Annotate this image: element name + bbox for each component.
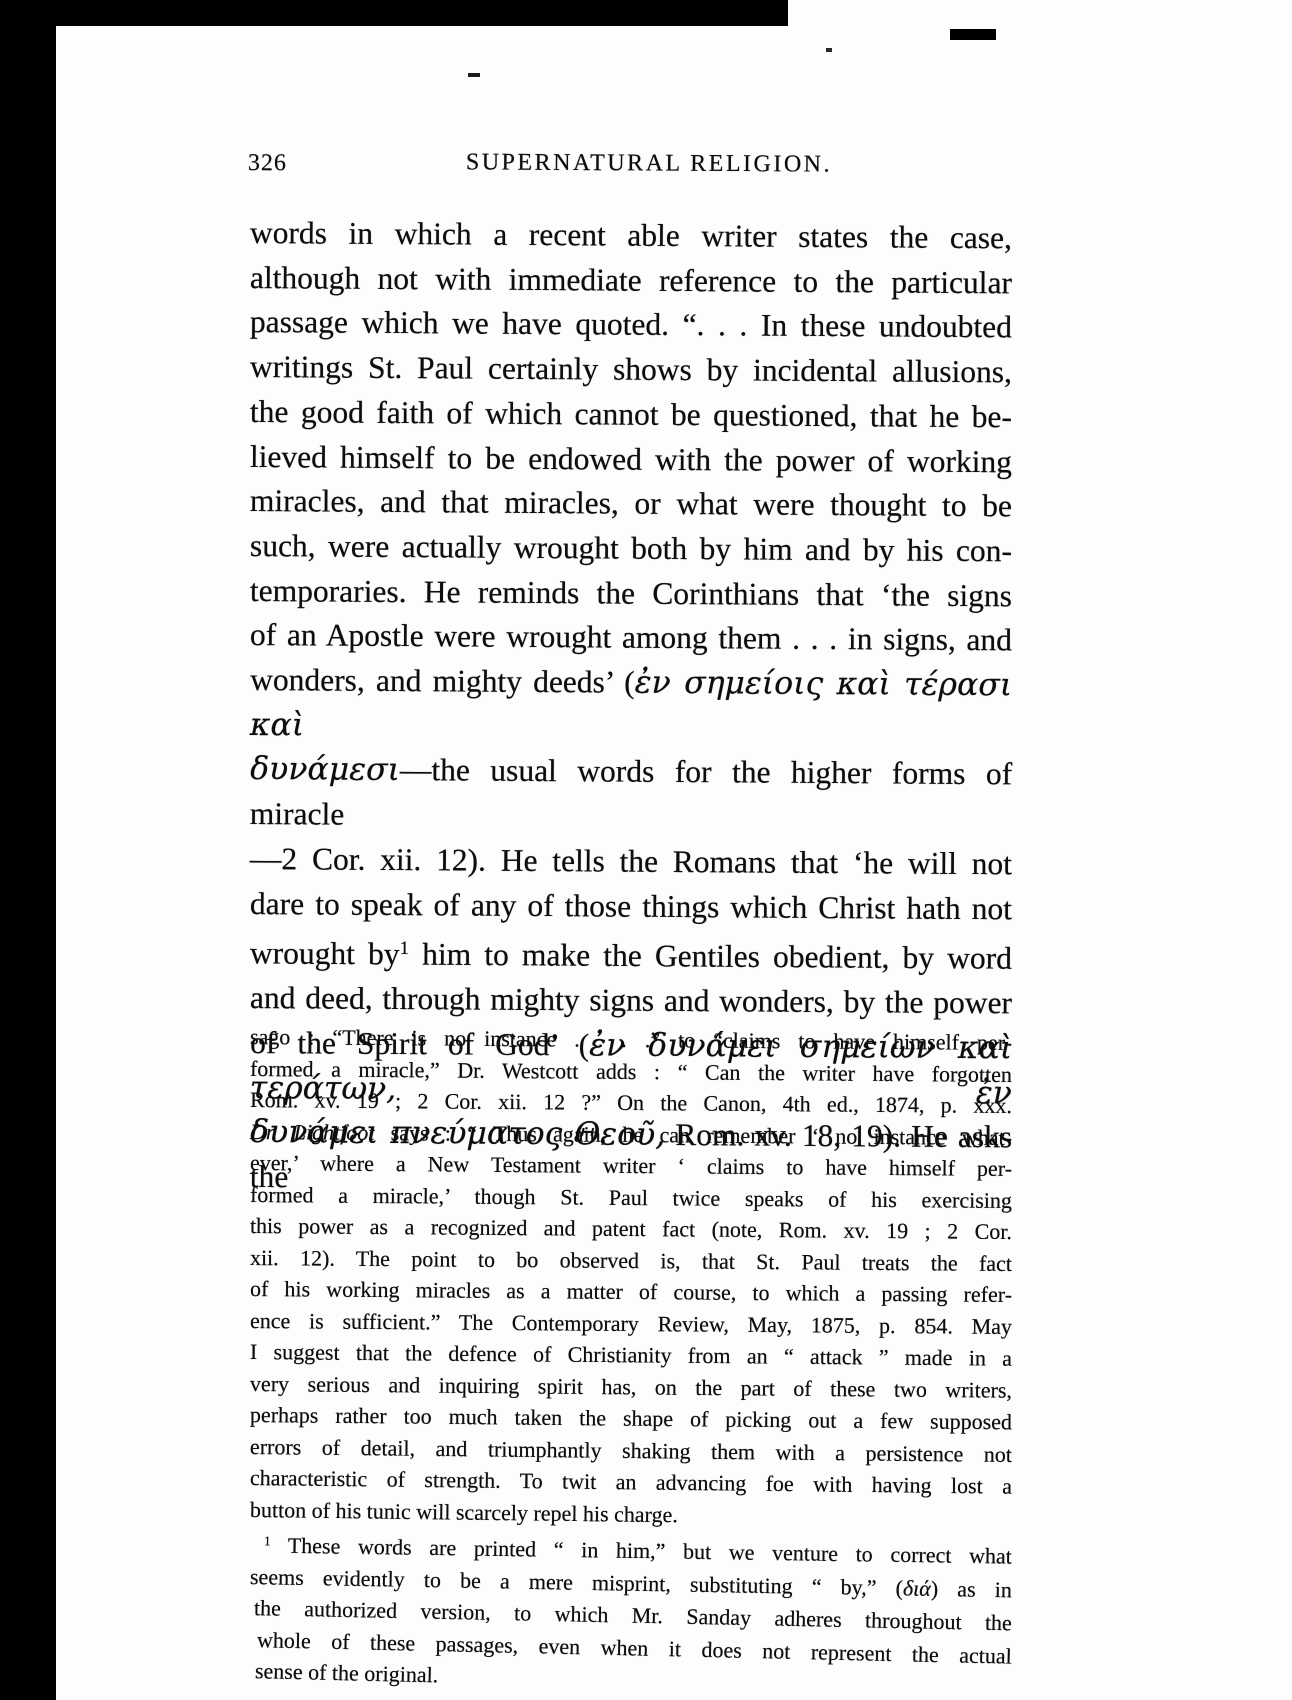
body-line: lieved himself to be endowed with the po… [250,435,1012,485]
body-line: words in which a recent able writer stat… [250,211,1012,261]
scan-artifact-dot [826,48,832,52]
footnote-text: sago : “There is no instance . . . .” to… [250,1021,1012,1687]
scan-artifact-left-bar [0,0,56,1700]
text-segment: of his working miracles as a matter of c… [250,1276,1012,1307]
text-segment: such, were actually wrought both by him … [250,528,1012,568]
text-segment: temporaries. He reminds the Corinthians … [250,573,1012,613]
footnote-line: this power as a recognized and patent fa… [250,1210,1012,1247]
text-segment: I suggest that the defence of Christiani… [250,1339,1012,1371]
text-segment: passage which we have quoted. “. . . In … [250,304,1012,344]
footnote-line: Rom. xv. 19 ; 2 Cor. xii. 12 ?” On the C… [250,1084,1012,1121]
body-line: although not with immediate reference to… [250,256,1012,306]
footnote-line: of his working miracles as a matter of c… [250,1273,1012,1310]
footnote-line: ever,’ where a New Testament writer ‘ cl… [250,1147,1012,1184]
text-segment: writings St. Paul certainly shows by inc… [250,349,1012,389]
text-segment: Rom. xv. 19 ; 2 Cor. xii. 12 ?” On the C… [250,1087,1012,1118]
text-segment: ever,’ where a New Testament writer ‘ cl… [250,1150,1012,1181]
body-line: miracles, and that miracles, or what wer… [250,479,1012,529]
body-line: wonders, and mighty deeds’ (ἐν σημείοις … [250,658,1013,753]
body-line: —2 Cor. xii. 12). He tells the Romans th… [250,837,1012,887]
text-segment: dare to speak of any of those things whi… [250,886,1012,926]
scan-artifact-dash [468,73,480,77]
text-segment: wonders, and mighty deeds’ ( [250,662,635,700]
text-segment: ence is sufficient.” The Contemporary Re… [250,1308,1012,1339]
text-segment: this power as a recognized and patent fa… [250,1213,1012,1244]
text-segment: characteristic of strength. To twit an a… [250,1465,1012,1499]
text-segment: perhaps rather too much taken the shape … [250,1402,1012,1434]
scan-artifact-tick [950,29,996,40]
text-segment: him to make the Gentiles obedient, by wo… [409,937,1012,976]
text-segment: errors of detail, and triumphantly shaki… [250,1434,1012,1467]
footnote-line: sago : “There is no instance . . . .” to… [250,1021,1012,1058]
scanned-book-page: 326 SUPERNATURAL RELIGION. words in whic… [0,0,1292,1700]
text-segment: formed a miracle,’ though St. Paul twice… [250,1182,1012,1213]
scan-artifact-top-bar [0,0,788,26]
text-segment: very serious and inquiring spirit has, o… [250,1371,1012,1403]
text-segment: of an Apostle were wrought among them . … [250,617,1012,657]
text-segment: sago : “There is no instance . . . .” to… [250,1024,1012,1055]
greek-text: δυνάμεσι [250,751,400,788]
text-segment: miracles, and that miracles, or what wer… [250,483,1012,523]
page-header: 326 SUPERNATURAL RELIGION. [0,146,1292,186]
text-segment: διά [903,1575,931,1600]
body-line: dare to speak of any of those things whi… [250,882,1012,932]
text-segment: says : “ Thus again, he can remember ‘ n… [374,1119,1012,1149]
text-segment: wrought by [250,936,400,972]
page-number: 326 [248,150,287,177]
text-segment: sense of the original. [255,1658,439,1687]
text-segment: the good faith of which cannot be questi… [250,394,1012,434]
text-segment: —2 Cor. xii. 12). He tells the Romans th… [250,841,1012,881]
text-segment: words in which a recent able writer stat… [250,215,1012,255]
body-line: of an Apostle were wrought among them . … [250,613,1012,663]
text-segment: although not with immediate reference to… [250,260,1012,300]
body-line: wrought by1 him to make the Gentiles obe… [250,926,1012,981]
body-line: the good faith of which cannot be questi… [250,390,1012,440]
body-line: writings St. Paul certainly shows by inc… [250,345,1012,395]
text-segment: and deed, through mighty signs and wonde… [250,980,1012,1020]
running-title: SUPERNATURAL RELIGION. [466,149,832,178]
body-line: temporaries. He reminds the Corinthians … [250,569,1012,619]
text-segment: button of his tunic will scarcely repel … [250,1497,678,1527]
text-segment: ) as in [931,1576,1012,1602]
text-segment: Dr. Lightfoot [250,1119,375,1145]
text-segment: formed a miracle,” Dr. Westcott adds : “… [250,1056,1012,1087]
body-line: and deed, through mighty signs and wonde… [250,976,1012,1026]
superscript-ref: 1 [400,938,410,959]
text-segment: lieved himself to be endowed with the po… [250,439,1012,479]
body-line: δυνάμεσι—the usual words for the higher … [250,747,1013,842]
body-line: passage which we have quoted. “. . . In … [250,300,1012,350]
body-line: such, were actually wrought both by him … [250,524,1012,574]
text-segment: xii. 12). The point to bo observed is, t… [250,1245,1012,1276]
